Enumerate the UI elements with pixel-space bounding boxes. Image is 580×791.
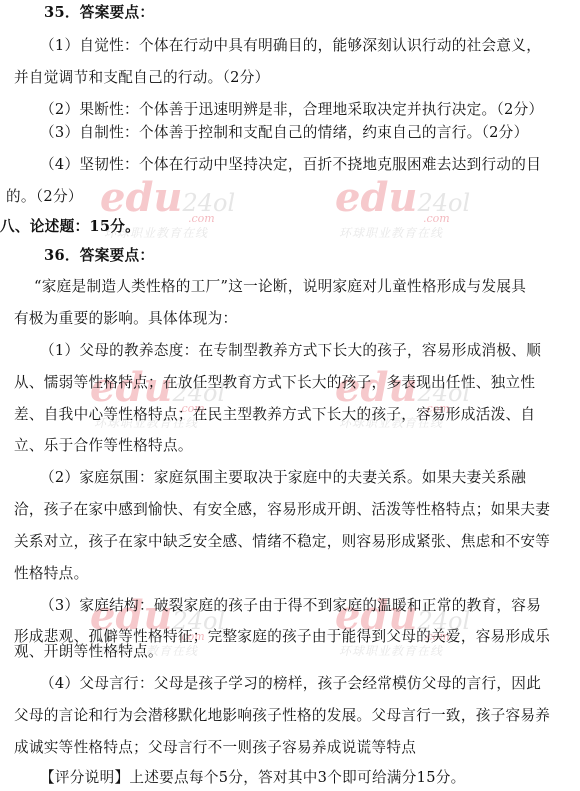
text-line: “家庭是制造人类性格的工厂”这一论断，说明家庭对儿童性格形成与发展具 xyxy=(34,277,526,297)
text-line: 性格特点。 xyxy=(14,564,88,584)
section-heading: 35．答案要点： xyxy=(44,3,154,23)
text-line: 的。（2分） xyxy=(6,187,83,207)
watermark-tagline: 环球职业教育在线 xyxy=(339,224,443,241)
watermark-num: 24ol xyxy=(183,189,236,217)
text-line: 【评分说明】上述要点每个5分，答对其中3个即可给满分15分。 xyxy=(40,768,466,788)
text-line: （4）父母言行：父母是孩子学习的榜样，孩子会经常模仿父母的言行，因此 xyxy=(40,674,541,694)
text-line: 并自觉调节和支配自己的行动。（2分） xyxy=(14,68,269,88)
text-line: 立、乐于合作等性格特点。 xyxy=(14,436,193,456)
text-line: 从、懦弱等性格特点；在放任型教育方式下长大的孩子，多表现出任性、独立性 xyxy=(14,373,535,393)
section-heading: 36．答案要点： xyxy=(44,246,154,266)
watermark-brand: edu xyxy=(100,174,183,221)
text-line: 观、开朗等性格特点。 xyxy=(14,642,163,662)
watermark-num: 24ol xyxy=(418,189,471,217)
watermark-domain: .com xyxy=(188,212,215,225)
text-line: （2）家庭氛围：家庭氛围主要取决于家庭中的夫妻关系。如果夫妻关系融 xyxy=(40,468,526,488)
text-line: 差、自我中心等性格特点；在民主型教养方式下长大的孩子，容易形成活泼、自 xyxy=(14,405,535,425)
text-line: （3）家庭结构：破裂家庭的孩子由于得不到家庭的温暖和正常的教育，容易 xyxy=(40,596,541,616)
watermark-brand: edu xyxy=(335,174,418,221)
text-line: 关系对立，孩子在家中缺乏安全感、情绪不稳定，则容易形成紧张、焦虑和不安等 xyxy=(14,532,550,552)
text-line: （3）自制性：个体善于控制和支配自己的情绪，约束自己的言行。（2分） xyxy=(40,123,528,143)
section-heading: 八、论述题：15分。 xyxy=(0,217,140,237)
text-line: （4）坚韧性：个体在行动中坚持决定，百折不挠地克服困难去达到行动的目 xyxy=(40,155,541,175)
text-line: 洽，孩子在家中感到愉快、有安全感，容易形成开朗、活泼等性格特点；如果夫妻 xyxy=(14,500,550,520)
watermark-domain: .com xyxy=(423,212,450,225)
text-line: （1）父母的教养态度：在专制型教养方式下长大的孩子，容易形成消极、顺 xyxy=(40,341,541,361)
text-line: 有极为重要的影响。具体体现为： xyxy=(14,309,237,329)
text-line: 成诚实等性格特点；父母言行不一则孩子容易养成说谎等特点 xyxy=(14,738,416,758)
watermark-2: edu24ol .com 环球职业教育在线 xyxy=(335,178,475,238)
text-line: （2）果断性：个体善于迅速明辨是非，合理地采取决定并执行决定。（2分） xyxy=(40,100,543,120)
text-line: （1）自觉性：个体在行动中具有明确目的，能够深刻认识行动的社会意义， xyxy=(40,36,541,56)
text-line: 父母的言论和行为会潜移默化地影响孩子性格的发展。父母言行一致，孩子容易养 xyxy=(14,706,550,726)
